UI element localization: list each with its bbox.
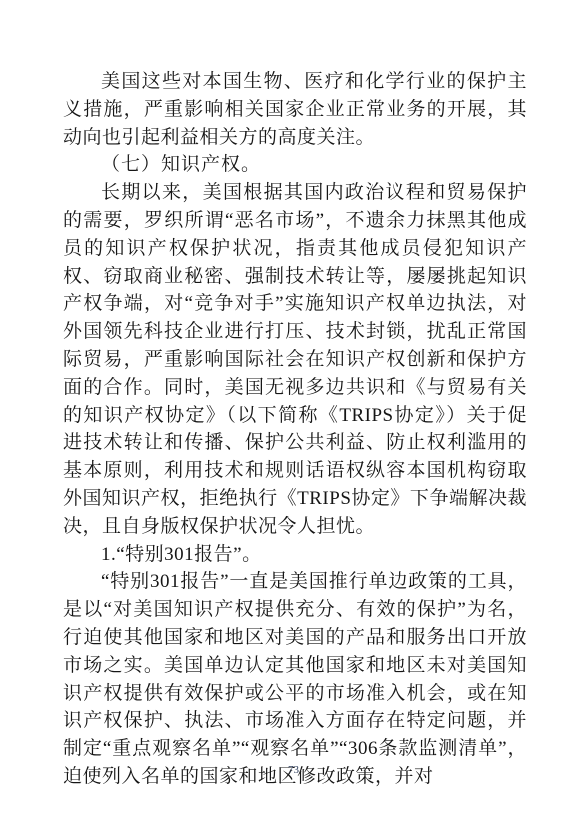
paragraph-ip-overview: 长期以来，美国根据其国内政治议程和贸易保护的需要，罗织所谓“恶名市场”，不遗余力… [63, 179, 527, 540]
page-number: 73 [0, 763, 587, 777]
document-page: 美国这些对本国生物、医疗和化学行业的保护主义措施，严重影响相关国家企业正常业务的… [0, 0, 587, 836]
document-content: 美国这些对本国生物、医疗和化学行业的保护主义措施，严重影响相关国家企业正常业务的… [63, 68, 527, 791]
paragraph-continuation: 美国这些对本国生物、医疗和化学行业的保护主义措施，严重影响相关国家企业正常业务的… [63, 68, 527, 151]
section-heading-intellectual-property: （七）知识产权。 [63, 151, 527, 179]
subsection-heading-special-301-report: 1.“特别301报告”。 [63, 541, 527, 569]
paragraph-special-301: “特别301报告”一直是美国推行单边政策的工具，是以“对美国知识产权提供充分、有… [63, 568, 527, 790]
